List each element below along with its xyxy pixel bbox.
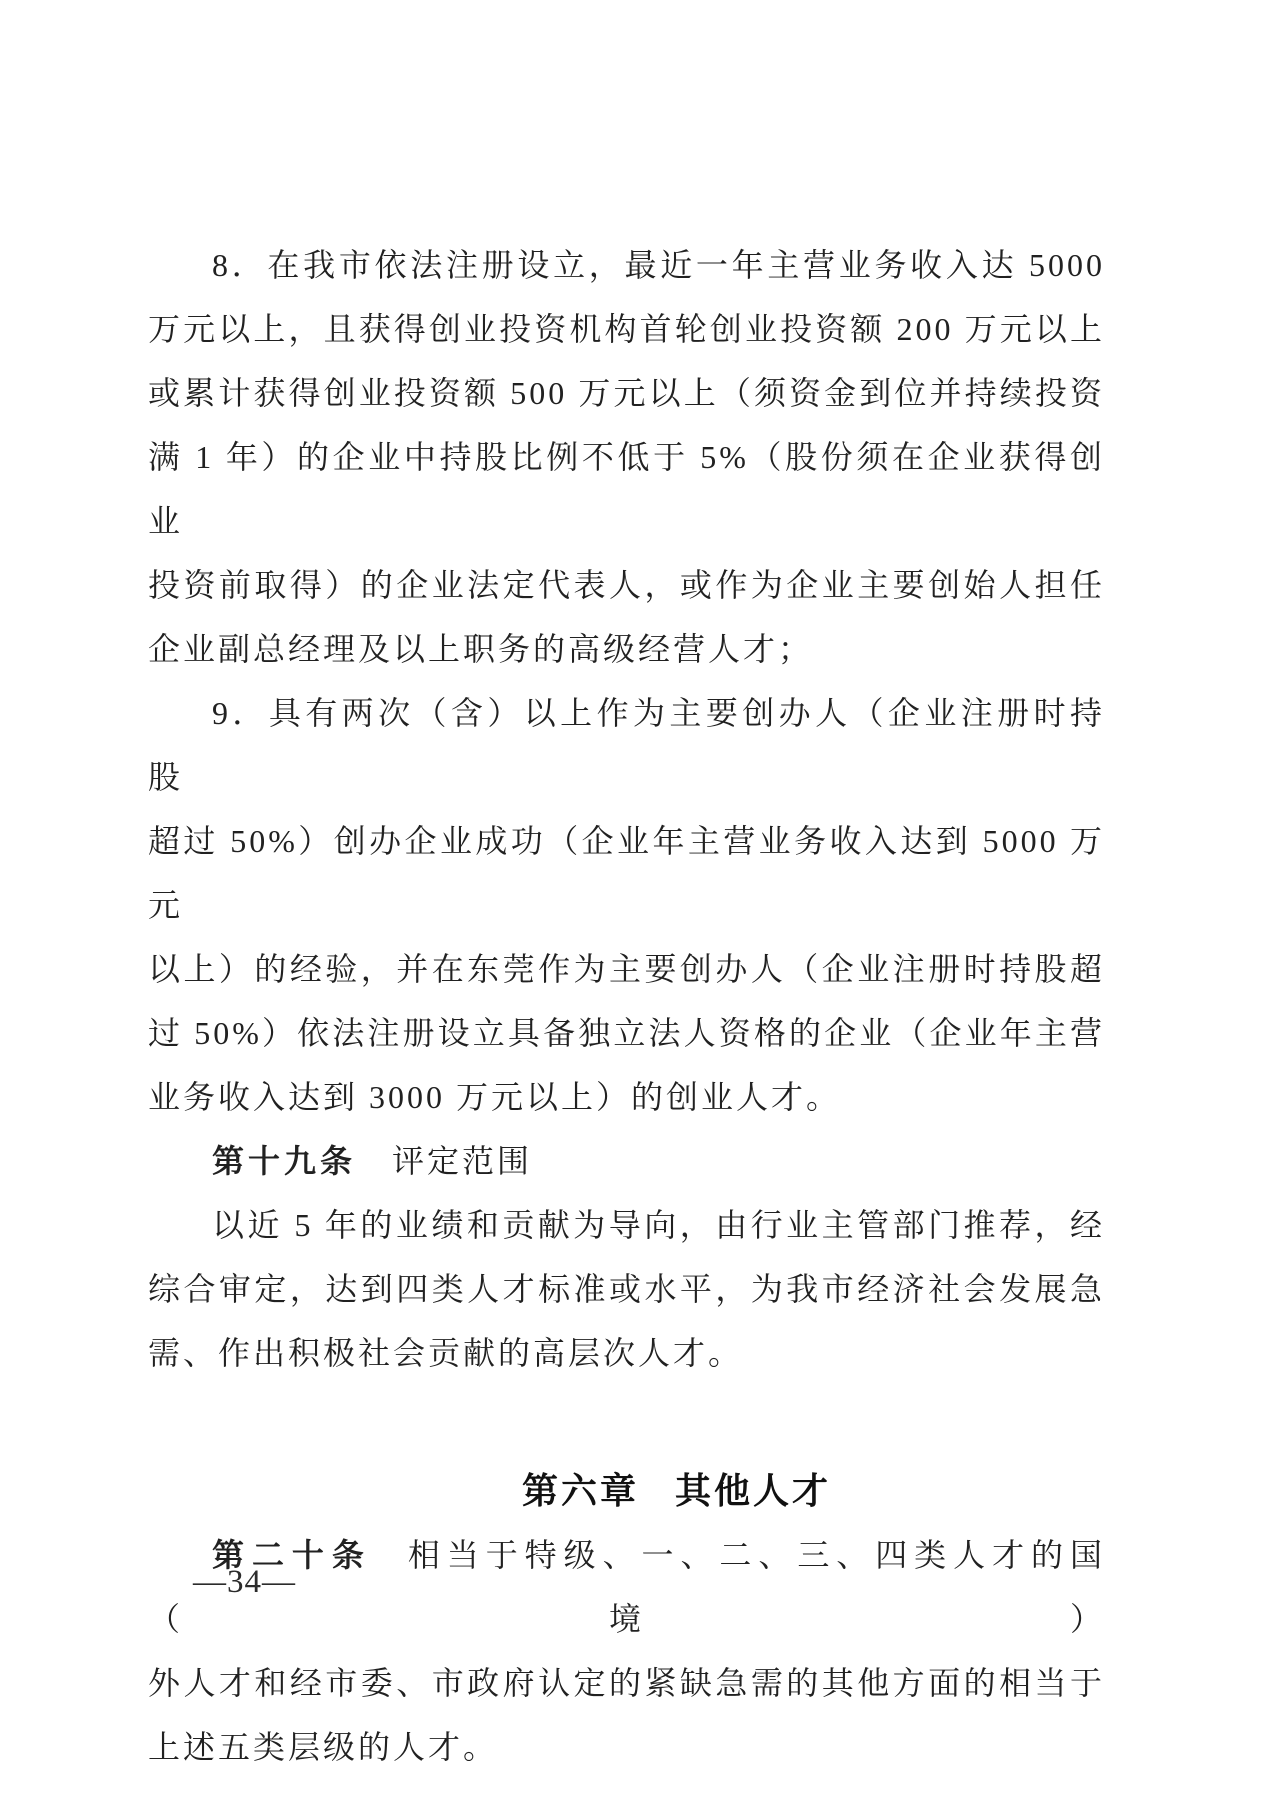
page-number: —34— [193,1560,296,1604]
paragraph-item8-line: 满 1 年）的企业中持股比例不低于 5%（股份须在企业获得创业 [148,425,1105,553]
paragraph-item9-line: 过 50%）依法注册设立具备独立法人资格的企业（企业年主营 [148,1001,1105,1065]
document-body: 8．在我市依法注册设立，最近一年主营业务收入达 5000 万元以上，且获得创业投… [148,233,1105,1779]
paragraph-item8-line: 8．在我市依法注册设立，最近一年主营业务收入达 5000 [148,233,1105,297]
paragraph-item9-line: 业务收入达到 3000 万元以上）的创业人才。 [148,1065,1105,1129]
chapter-6-label: 第六章 [522,1470,639,1511]
paragraph-item9-line: 9．具有两次（含）以上作为主要创办人（企业注册时持股 [148,681,1105,809]
article-19-body-line: 以近 5 年的业绩和贡献为导向，由行业主管部门推荐，经 [148,1193,1105,1257]
paragraph-item9-line: 超过 50%）创办企业成功（企业年主营业务收入达到 5000 万元 [148,809,1105,937]
paragraph-item8-line: 企业副总经理及以上职务的高级经营人才； [148,617,1105,681]
paragraph-item8-line: 投资前取得）的企业法定代表人，或作为企业主要创始人担任 [148,553,1105,617]
article-19-title: 评定范围 [392,1143,532,1179]
article-20-line: 外人才和经市委、市政府认定的紧缺急需的其他方面的相当于 [148,1651,1105,1715]
document-page: 8．在我市依法注册设立，最近一年主营业务收入达 5000 万元以上，且获得创业投… [0,0,1280,1810]
article-19-body-line: 综合审定，达到四类人才标准或水平，为我市经济社会发展急 [148,1257,1105,1321]
paragraph-item8-line: 或累计获得创业投资额 500 万元以上（须资金到位并持续投资 [148,361,1105,425]
chapter-6-heading: 第六章其他人才 [148,1459,1105,1523]
paragraph-item8-line: 万元以上，且获得创业投资机构首轮创业投资额 200 万元以上 [148,297,1105,361]
article-19-number: 第十九条 [212,1143,356,1179]
blank-line [148,1385,1105,1459]
article-20-line: 上述五类层级的人才。 [148,1715,1105,1779]
article-19-heading: 第十九条评定范围 [148,1129,1105,1193]
paragraph-item9-line: 以上）的经验，并在东莞作为主要创办人（企业注册时持股超 [148,937,1105,1001]
chapter-6-title: 其他人才 [675,1470,831,1511]
article-19-body-line: 需、作出积极社会贡献的高层次人才。 [148,1321,1105,1385]
